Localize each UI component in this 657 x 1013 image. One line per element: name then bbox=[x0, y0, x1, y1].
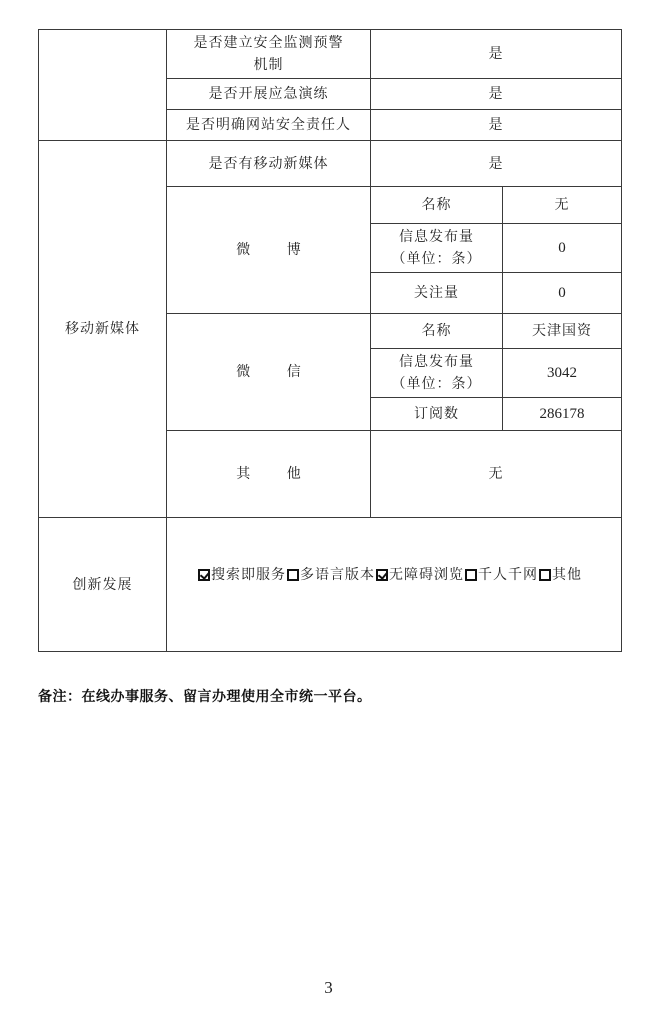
security-responsible-label: 是否明确网站安全责任人 bbox=[166, 109, 371, 141]
weibo-name-value: 无 bbox=[502, 186, 622, 224]
option-personalized: 千人千网 bbox=[478, 564, 538, 586]
checkbox-unchecked-icon[interactable] bbox=[539, 569, 551, 581]
has-mobile-media-label: 是否有移动新媒体 bbox=[166, 140, 371, 187]
weibo-posts-label: 信息发布量 （单位：条） bbox=[370, 223, 503, 273]
checkbox-checked-icon[interactable] bbox=[376, 569, 388, 581]
footnote: 备注：在线办事服务、留言办理使用全市统一平台。 bbox=[38, 686, 372, 706]
weibo-followers-label: 关注量 bbox=[370, 272, 503, 314]
wechat-posts-label: 信息发布量 （单位：条） bbox=[370, 348, 503, 398]
report-table: 是否建立安全监测预警 机制 是 是否开展应急演练 是 是否明确网站安全责任人 是… bbox=[38, 29, 622, 652]
weibo-label: 微 博 bbox=[166, 186, 371, 314]
wechat-label: 微 信 bbox=[166, 313, 371, 431]
weibo-followers-value: 0 bbox=[502, 272, 622, 314]
security-section-label-cell bbox=[38, 29, 167, 141]
mobile-media-section-label: 移动新媒体 bbox=[38, 140, 167, 518]
wechat-name-value: 天津国资 bbox=[502, 313, 622, 349]
other-media-value: 无 bbox=[370, 430, 622, 518]
checkbox-unchecked-icon[interactable] bbox=[465, 569, 477, 581]
weibo-posts-label-line2: （单位：条） bbox=[392, 248, 482, 270]
innovation-section-label: 创新发展 bbox=[38, 517, 167, 652]
security-monitoring-label-line2: 机制 bbox=[254, 54, 284, 76]
security-monitoring-value: 是 bbox=[370, 29, 622, 79]
wechat-name-label: 名称 bbox=[370, 313, 503, 349]
checkbox-checked-icon[interactable] bbox=[198, 569, 210, 581]
emergency-drill-value: 是 bbox=[370, 78, 622, 110]
innovation-options-cell: 搜索即服务 多语言版本 无障碍浏览 千人千网 其他 bbox=[166, 517, 622, 652]
wechat-subscribers-label: 订阅数 bbox=[370, 397, 503, 431]
innovation-checklist: 搜索即服务 多语言版本 无障碍浏览 千人千网 其他 bbox=[197, 564, 582, 586]
wechat-posts-label-line2: （单位：条） bbox=[392, 373, 482, 395]
option-accessibility: 无障碍浏览 bbox=[389, 564, 464, 586]
weibo-posts-value: 0 bbox=[502, 223, 622, 273]
option-other: 其他 bbox=[552, 564, 582, 586]
security-monitoring-label-line1: 是否建立安全监测预警 bbox=[194, 32, 344, 54]
emergency-drill-label: 是否开展应急演练 bbox=[166, 78, 371, 110]
option-search-as-service: 搜索即服务 bbox=[211, 564, 286, 586]
security-responsible-value: 是 bbox=[370, 109, 622, 141]
option-multilingual: 多语言版本 bbox=[300, 564, 375, 586]
weibo-posts-label-line1: 信息发布量 bbox=[399, 226, 474, 248]
has-mobile-media-value: 是 bbox=[370, 140, 622, 187]
security-monitoring-label: 是否建立安全监测预警 机制 bbox=[166, 29, 371, 79]
checkbox-unchecked-icon[interactable] bbox=[287, 569, 299, 581]
other-media-label: 其 他 bbox=[166, 430, 371, 518]
page-number: 3 bbox=[0, 978, 657, 998]
wechat-posts-value: 3042 bbox=[502, 348, 622, 398]
weibo-name-label: 名称 bbox=[370, 186, 503, 224]
wechat-subscribers-value: 286178 bbox=[502, 397, 622, 431]
wechat-posts-label-line1: 信息发布量 bbox=[399, 351, 474, 373]
